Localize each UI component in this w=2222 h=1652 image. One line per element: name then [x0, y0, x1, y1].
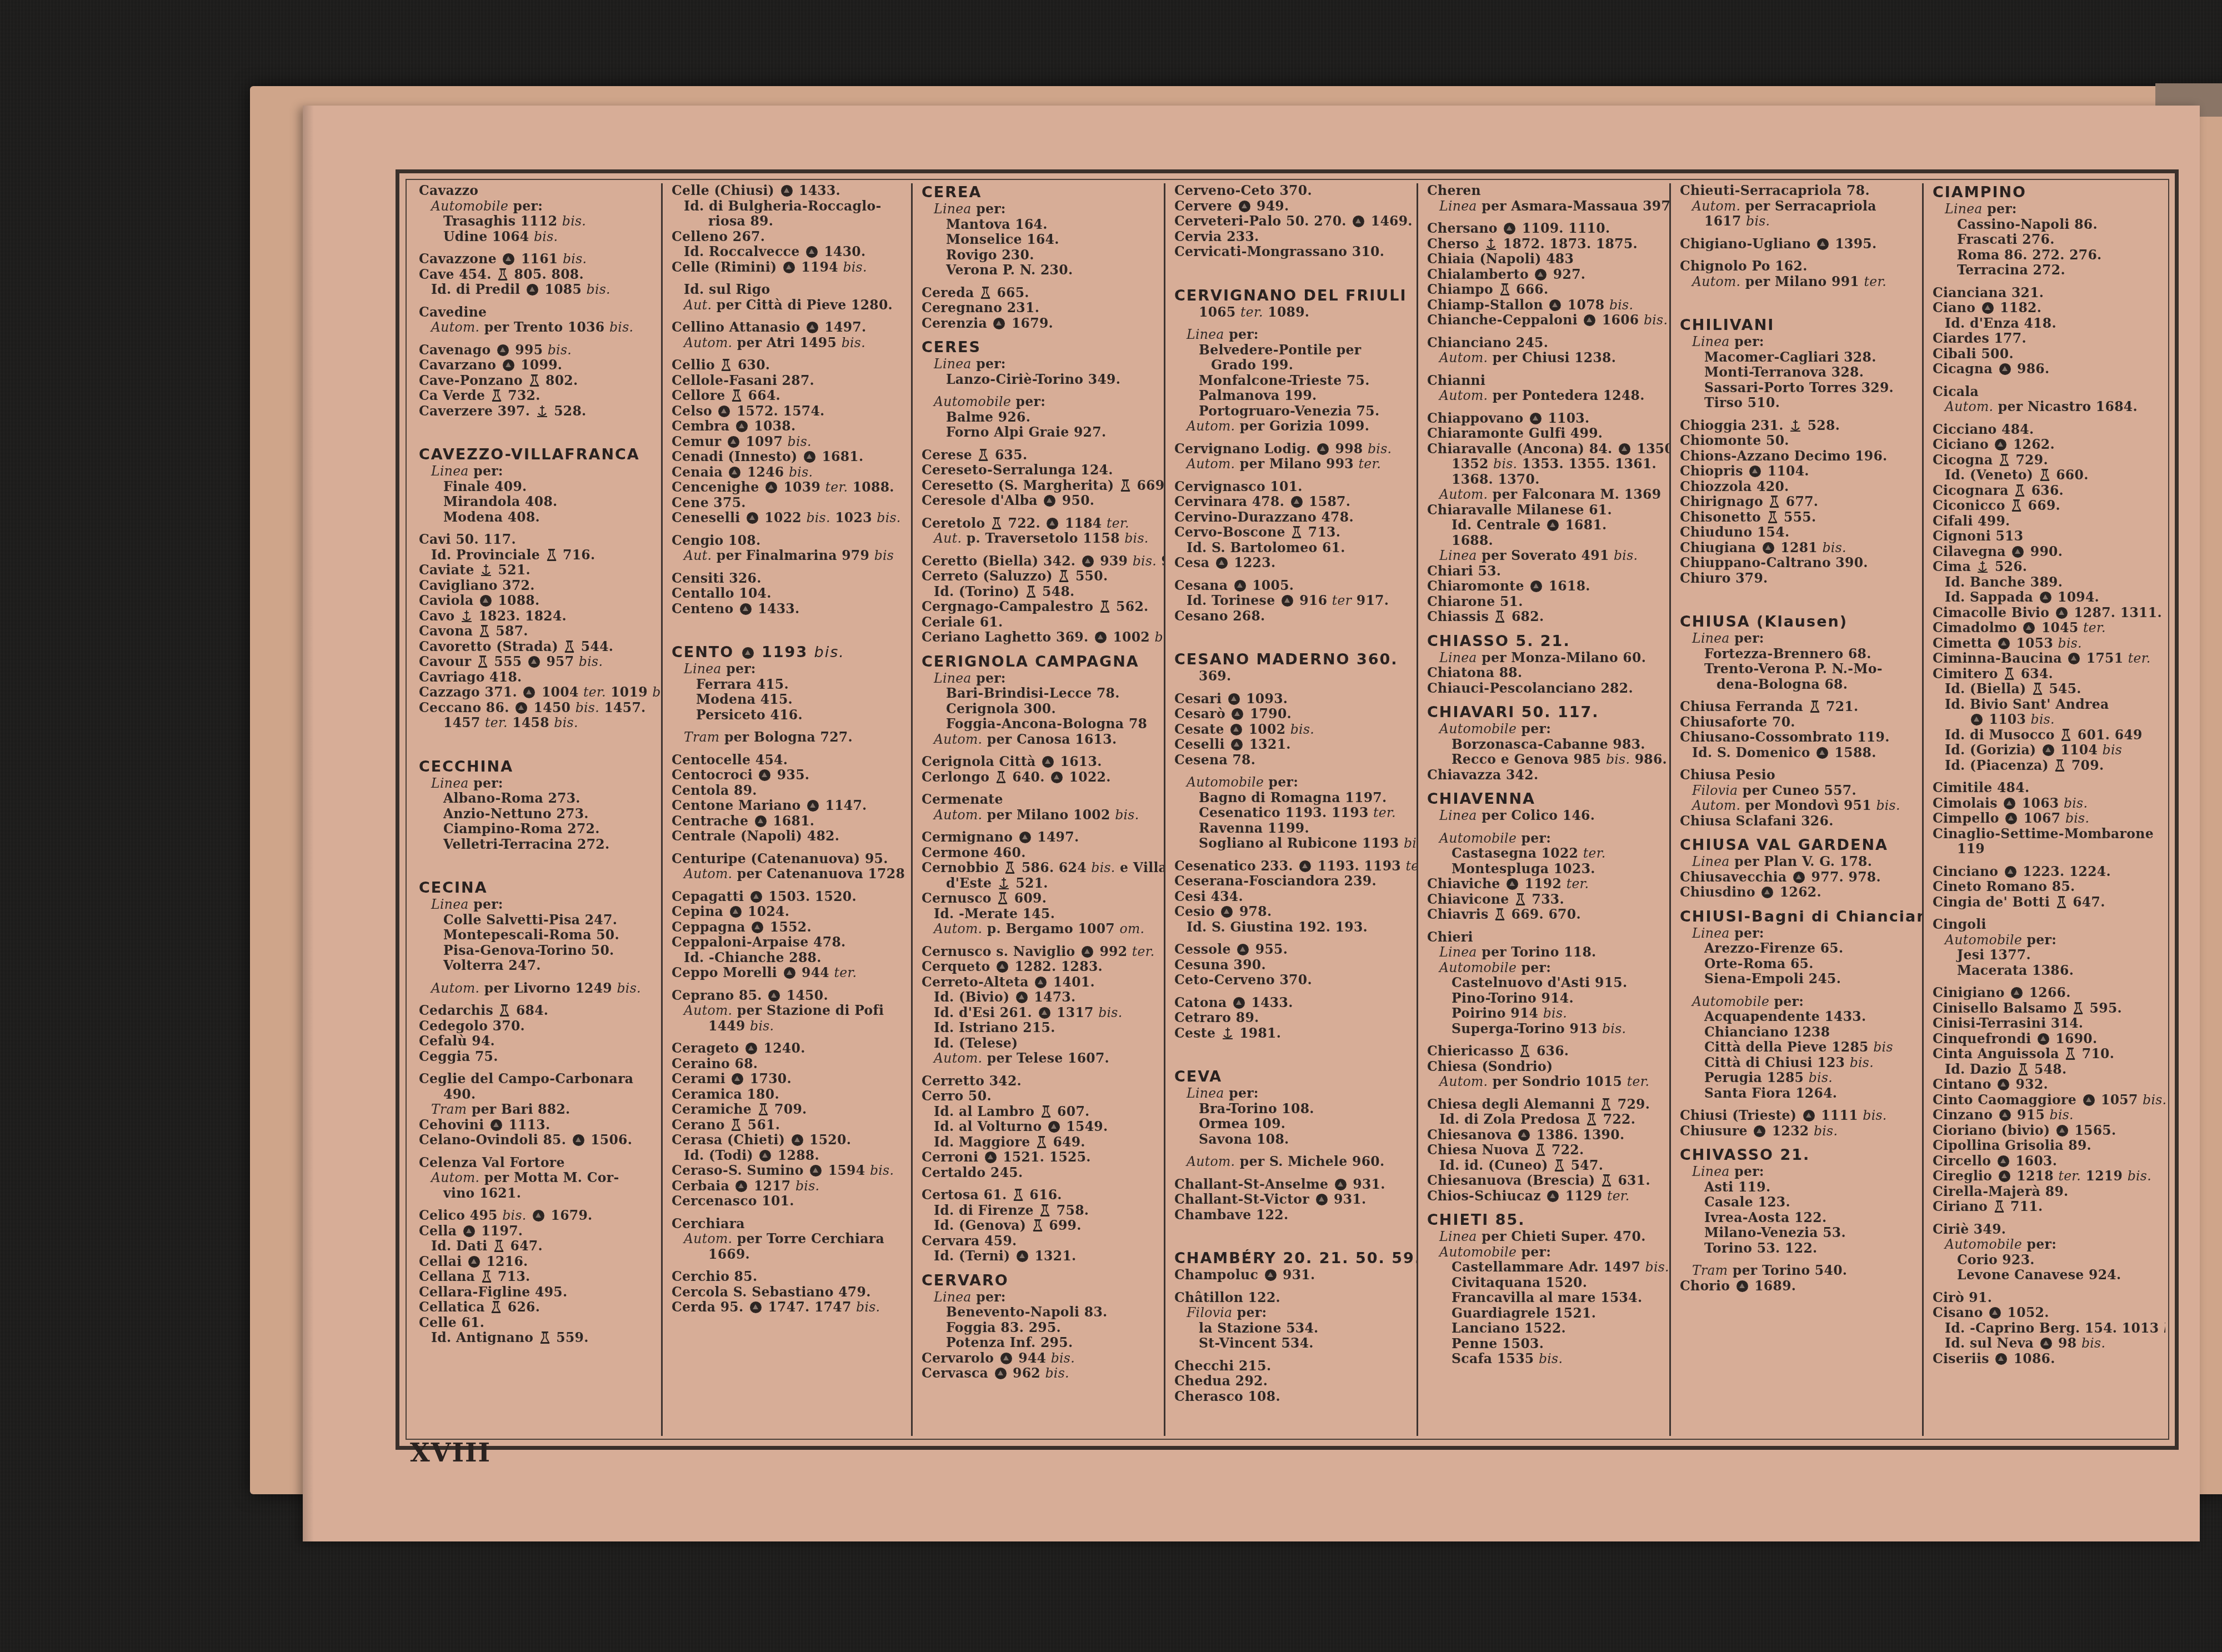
- autobus-icon: [491, 1119, 502, 1131]
- index-entry: Cisano 1052.: [1933, 1305, 2162, 1321]
- index-entry: Ceserana-Fosciandora 239.: [1174, 874, 1413, 889]
- tramway-bell-icon: [1005, 861, 1015, 874]
- autobus-icon: [1353, 216, 1364, 227]
- index-entry: Cengio 108.: [672, 533, 908, 549]
- autobus-icon: [533, 1210, 544, 1222]
- index-entry: Cireglio 1218 ter. 1219 bis.: [1933, 1169, 2162, 1184]
- index-entry: Ciciano 1262.: [1933, 437, 2162, 453]
- index-entry: Chiusi (Trieste) 1111 bis.: [1680, 1108, 1919, 1124]
- index-entry: Ceppaloni-Arpaise 478.: [672, 935, 908, 950]
- index-entry: Guardiagrele 1521.: [1427, 1306, 1666, 1321]
- index-entry: Aut. p. Traversetolo 1158 bis.: [922, 531, 1160, 547]
- index-entry: Cermone 460.: [922, 845, 1160, 861]
- index-entry: Id. Maggiore 649.: [922, 1135, 1160, 1150]
- index-entry: Id. (Todi) 1288.: [672, 1148, 908, 1164]
- index-entry: Linea per Chieti Super. 470.: [1427, 1229, 1666, 1245]
- autobus-icon: [750, 1301, 762, 1313]
- tramway-bell-icon: [492, 389, 502, 402]
- index-entry: Castellammare Adr. 1497 bis.: [1427, 1260, 1666, 1275]
- tramway-bell-icon: [491, 1300, 501, 1314]
- index-entry: Pisa-Genova-Torino 50.: [419, 943, 658, 959]
- autobus-icon: [783, 262, 795, 273]
- index-entry: Celleno 267.: [672, 229, 908, 245]
- index-entry: Palmanova 199.: [1174, 388, 1413, 404]
- index-entry: Aut. per Città di Pieve 1280.: [672, 298, 908, 313]
- port-anchor-icon: [1485, 237, 1497, 251]
- index-entry: Autom. per Atri 1495 bis.: [672, 336, 908, 351]
- index-entry: Chedua 292.: [1174, 1374, 1413, 1389]
- index-entry: Chiesanova 1386. 1390.: [1427, 1128, 1666, 1143]
- index-entry: Cinquefrondi 1690.: [1933, 1032, 2162, 1047]
- tramway-bell-icon: [1013, 1188, 1023, 1202]
- index-entry: Autom. per Pontedera 1248.: [1427, 388, 1666, 404]
- index-entry: Celico 495 bis. 1679.: [419, 1208, 658, 1224]
- tramway-bell-icon: [2011, 499, 2021, 512]
- index-entry: 369.: [1174, 669, 1413, 684]
- index-entry: Cerchio 85.: [672, 1269, 908, 1285]
- index-entry: Cerveteri-Palo 50. 270. 1469.: [1174, 214, 1413, 229]
- autobus-icon: [1504, 223, 1515, 234]
- autobus-icon: [1265, 1269, 1277, 1281]
- index-entry: Cesana 1005.: [1174, 578, 1413, 594]
- index-entry: Linea per:: [1680, 334, 1919, 350]
- index-entry: Chiaromonte 1618.: [1427, 579, 1666, 594]
- index-entry: Ivrea-Aosta 122.: [1680, 1210, 1919, 1226]
- index-entry: Autom. per Telese 1607.: [922, 1051, 1160, 1067]
- index-column-1: CavazzoAutomobile per:Trasaghis 1112 bis…: [410, 183, 663, 1436]
- index-entry: Id. Sappada 1094.: [1933, 590, 2162, 605]
- index-entry: Cima 526.: [1933, 559, 2162, 575]
- index-entry: Cervia 233.: [1174, 229, 1413, 245]
- index-entry: St-Vincent 534.: [1174, 1336, 1413, 1351]
- index-entry: vino 1621.: [419, 1186, 658, 1202]
- index-entry: Ciampino-Roma 272.: [419, 822, 658, 837]
- index-entry: Cinzano 915 bis.: [1933, 1108, 2162, 1123]
- index-entry: Cerreto (Saluzzo) 550.: [922, 569, 1160, 584]
- index-entry: Ciriè 349.: [1933, 1222, 2162, 1238]
- index-entry: Linea per:: [922, 202, 1160, 217]
- section-heading: CERIGNOLA CAMPAGNA: [922, 653, 1160, 671]
- index-entry: Automobile per:: [1680, 994, 1919, 1010]
- autobus-icon: [2056, 1125, 2068, 1137]
- index-entry: Cianciana 321.: [1933, 286, 2162, 301]
- index-entry: Finale 409.: [419, 479, 658, 495]
- index-entry: Autom. per Mondovì 951 bis.: [1680, 798, 1919, 814]
- section-heading: CHILIVANI: [1680, 316, 1919, 334]
- tramway-bell-icon: [978, 448, 988, 462]
- autobus-icon: [732, 1073, 743, 1085]
- section-heading: CERVARO: [922, 1271, 1160, 1290]
- autobus-icon: [759, 769, 770, 781]
- index-entry: Cimetta 1053 bis.: [1933, 636, 2162, 652]
- index-entry: Chiauci-Pescolanciano 282.: [1427, 681, 1666, 697]
- tramway-bell-icon: [2061, 728, 2071, 742]
- index-entry: Ceretolo 722. 1184 ter.: [922, 516, 1160, 532]
- index-entry: Linea per:: [419, 897, 658, 913]
- index-entry: Cimacolle Bivio 1287. 1311.: [1933, 605, 2162, 621]
- autobus-icon: [2068, 653, 2080, 664]
- autobus-icon: [1232, 708, 1243, 720]
- index-entry: Chignolo Po 162.: [1680, 259, 1919, 274]
- autobus-icon: [2056, 607, 2068, 619]
- index-entry: Cesenatico 1193. 1193 ter.: [1174, 805, 1413, 821]
- index-entry: Ceppagna 1552.: [672, 920, 908, 935]
- index-entry: Cibali 500.: [1933, 347, 2162, 362]
- index-entry: Bra-Torino 108.: [1174, 1102, 1413, 1117]
- tramway-bell-icon: [758, 1103, 768, 1116]
- autobus-icon: [1228, 693, 1240, 705]
- autobus-icon: [1230, 724, 1242, 735]
- index-entry: Cavour 555 957 bis.: [419, 654, 658, 670]
- index-entry: Cervino-Durazzano 478.: [1174, 510, 1413, 525]
- index-entry: Cergnago-Campalestro 562.: [922, 599, 1160, 615]
- autobus-icon: [729, 467, 740, 478]
- index-entry: 1669.: [672, 1247, 908, 1263]
- index-entry: Rovigo 230.: [922, 248, 1160, 263]
- autobus-icon: [1547, 519, 1559, 531]
- index-entry: Centola 89.: [672, 783, 908, 799]
- autobus-icon: [1999, 1170, 2010, 1182]
- index-entry: Chiozzola 420.: [1680, 479, 1919, 495]
- tramway-bell-icon: [478, 655, 488, 668]
- index-entry: Id. sul Neva 98 bis.: [1933, 1336, 2162, 1351]
- autobus-icon: [1216, 557, 1228, 569]
- index-entry: Chiesa degli Alemanni 729.: [1427, 1097, 1666, 1113]
- autobus-icon: [2011, 987, 2023, 999]
- autobus-icon: [2005, 813, 2017, 824]
- index-entry: Cicciano 484.: [1933, 422, 2162, 438]
- tramway-bell-icon: [479, 624, 489, 638]
- tramway-bell-icon: [1059, 569, 1069, 583]
- autobus-icon: [742, 647, 754, 659]
- index-entry: Celano-Ovindoli 85. 1506.: [419, 1133, 658, 1148]
- index-entry: Challant-St-Victor 931.: [1174, 1192, 1413, 1208]
- index-entry: Cavazzo: [419, 183, 658, 199]
- index-entry: Ciminna-Baucina 1751 ter.: [1933, 651, 2162, 667]
- autobus-icon: [1316, 1194, 1328, 1205]
- section-heading: CHIETI 85.: [1427, 1211, 1666, 1229]
- index-entry: Id. (Biella) 545.: [1933, 682, 2162, 697]
- index-entry: Cavi 50. 117.: [419, 532, 658, 548]
- index-entry: Id. d'Esi 261. 1317 bis.: [922, 1005, 1160, 1021]
- tramway-bell-icon: [1520, 1044, 1530, 1058]
- index-entry: Chiassis 682.: [1427, 609, 1666, 625]
- index-entry: Cimolais 1063 bis.: [1933, 796, 2162, 812]
- index-entry: Cenadi (Innesto) 1681.: [672, 449, 908, 465]
- index-entry: Cervasca 962 bis.: [922, 1366, 1160, 1381]
- index-entry: Cinta Anguissola 710.: [1933, 1047, 2162, 1062]
- index-entry: Linea per Plan V. G. 178.: [1680, 854, 1919, 870]
- index-entry: Cessole 955.: [1174, 942, 1413, 958]
- port-anchor-icon: [461, 609, 472, 623]
- index-entry: Ceretto (Biella) 342. 939 bis. 941.: [922, 554, 1160, 569]
- index-entry: Ciseriis 1086.: [1933, 1351, 2162, 1367]
- index-entry: Ciconicco 669.: [1933, 498, 2162, 514]
- index-entry: Autom. per Torre Cerchiara: [672, 1232, 908, 1247]
- tramway-bell-icon: [996, 770, 1006, 784]
- tramway-bell-icon: [1495, 610, 1505, 623]
- tramway-bell-icon: [1810, 700, 1820, 713]
- index-entry: Chions-Azzano Decimo 196.: [1680, 449, 1919, 464]
- index-entry: Cerqueto 1282. 1283.: [922, 959, 1160, 975]
- index-entry: Cermignano 1497.: [922, 830, 1160, 845]
- tramway-bell-icon: [731, 1118, 741, 1132]
- index-entry: Siena-Empoli 245.: [1680, 972, 1919, 987]
- index-entry: Volterra 247.: [419, 958, 658, 974]
- autobus-icon: [750, 891, 762, 903]
- autobus-icon: [993, 318, 1005, 329]
- autobus-icon: [1816, 747, 1828, 759]
- index-entry: Cimitero 634.: [1933, 667, 2162, 682]
- autobus-icon: [1584, 314, 1595, 326]
- index-entry: Grado 199.: [1174, 358, 1413, 373]
- index-entry: Chiari 53.: [1427, 564, 1666, 579]
- autobus-icon: [1999, 363, 2011, 375]
- index-entry: Id. (Gorizia) 1104 bis: [1933, 743, 2162, 758]
- index-entry: Torino 53. 122.: [1680, 1241, 1919, 1256]
- index-entry: Chiusa Ferranda 721.: [1680, 699, 1919, 715]
- index-entry: Cesari 1093.: [1174, 692, 1413, 707]
- index-entry: Automobile per:: [1933, 933, 2162, 948]
- index-entry: Cefalù 94.: [419, 1034, 658, 1049]
- autobus-icon: [1530, 413, 1542, 424]
- index-entry: Cermenate: [922, 792, 1160, 808]
- index-entry: Ormea 109.: [1174, 1117, 1413, 1132]
- index-entry: Chiugiana 1281 bis.: [1680, 540, 1919, 556]
- index-entry: Filovia per:: [1174, 1305, 1413, 1321]
- index-entry: Ciano 1182.: [1933, 301, 2162, 316]
- index-entry: Chorio 1689.: [1680, 1279, 1919, 1294]
- index-entry: Autom. per Milano 991 ter.: [1680, 274, 1919, 290]
- index-column-2: Celle (Chiusi) 1433.Id. di Bulgheria-Roc…: [663, 183, 913, 1436]
- index-entry: Centrache 1681.: [672, 814, 908, 829]
- index-entry: Id. -Merate 145.: [922, 907, 1160, 922]
- autobus-icon: [1048, 1121, 1060, 1133]
- index-entry: Cesa 1223.: [1174, 555, 1413, 571]
- index-entry: Chirignago 677.: [1680, 494, 1919, 510]
- index-entry: Linea per:: [1680, 631, 1919, 647]
- autobus-icon: [1518, 1129, 1530, 1141]
- index-entry: Sassari-Porto Torres 329.: [1680, 381, 1919, 396]
- index-entry: 1352 bis. 1353. 1355. 1361.: [1427, 457, 1666, 472]
- index-entry: Linea per:: [1174, 327, 1413, 343]
- index-entry: Tram per Torino 540.: [1680, 1263, 1919, 1279]
- index-entry: Chieuti-Serracapriola 78.: [1680, 183, 1919, 199]
- index-entry: Scafa 1535 bis.: [1427, 1351, 1666, 1367]
- index-entry: Ceccano 86. 1450 bis. 1457.: [419, 700, 658, 716]
- autobus-icon: [523, 687, 535, 698]
- autobus-icon: [468, 1256, 480, 1268]
- index-entry: Monti-Terranova 328.: [1680, 365, 1919, 381]
- index-entry: Châtillon 122.: [1174, 1290, 1413, 1306]
- index-entry: Chianche-Ceppaloni 1606 bis.: [1427, 313, 1666, 328]
- tramway-bell-icon: [732, 389, 742, 402]
- index-entry: Acquapendente 1433.: [1680, 1009, 1919, 1025]
- autobus-icon: [503, 253, 514, 265]
- autobus-icon: [781, 185, 793, 197]
- index-entry: Chiamp-Stallon 1078 bis.: [1427, 298, 1666, 313]
- port-anchor-icon: [1977, 560, 1988, 573]
- tramway-bell-icon: [1495, 908, 1505, 921]
- port-anchor-icon: [1222, 1027, 1233, 1040]
- index-entry: Caverzere 397. 528.: [419, 404, 658, 419]
- index-entry: Ceramiche 709.: [672, 1102, 908, 1118]
- index-entry: Cercenasco 101.: [672, 1194, 908, 1209]
- index-entry: Automobile per:: [1427, 960, 1666, 976]
- index-entry: Città di Chiusi 123 bis.: [1680, 1055, 1919, 1071]
- index-entry: Id. (Veneto) 660.: [1933, 468, 2162, 483]
- index-entry: Cedegolo 370.: [419, 1019, 658, 1034]
- tramway-bell-icon: [998, 892, 1008, 905]
- tramway-bell-icon: [2056, 895, 2066, 909]
- tramway-bell-icon: [721, 358, 731, 372]
- index-entry: Cicogna 729.: [1933, 453, 2162, 468]
- index-entry: Monfalcone-Trieste 75.: [1174, 373, 1413, 389]
- section-heading: CERES: [922, 338, 1160, 357]
- index-entry: Autom. per S. Michele 960.: [1174, 1154, 1413, 1170]
- autobus-icon: [736, 420, 748, 432]
- index-entry: Cinto Caomaggiore 1057 bis.: [1933, 1093, 2162, 1108]
- autobus-icon: [1016, 992, 1028, 1003]
- index-entry: Cellai 1216.: [419, 1254, 658, 1270]
- index-entry: 1617 bis.: [1680, 214, 1919, 229]
- autobus-icon: [1233, 997, 1245, 1009]
- page-fold-shadow: [303, 106, 314, 1541]
- index-entry: Id. (Terni) 1321.: [922, 1249, 1160, 1264]
- tramway-bell-icon: [1587, 1113, 1597, 1126]
- index-entry: Autom. per Catenanuova 1728: [672, 867, 908, 882]
- index-entry: Chiusa Pesio: [1680, 768, 1919, 783]
- index-entry: Autom. per Falconara M. 1369: [1427, 487, 1666, 503]
- autobus-icon: [527, 284, 538, 296]
- tramway-bell-icon: [2004, 667, 2014, 680]
- autobus-icon: [1042, 756, 1054, 768]
- index-entry: Cesano 268.: [1174, 609, 1413, 624]
- index-entry: Id. al Lambro 607.: [922, 1104, 1160, 1120]
- autobus-icon: [804, 451, 815, 463]
- index-entry: Autom. p. Bergamo 1007 om.: [922, 922, 1160, 937]
- index-entry: Ceraso-S. Sumino 1594 bis.: [672, 1163, 908, 1179]
- index-entry: Autom. per Stazione di Pofi: [672, 1003, 908, 1019]
- autobus-icon: [1793, 872, 1805, 883]
- index-entry: Id. Centrale 1681.: [1427, 518, 1666, 533]
- index-entry: Id. di Firenze 758.: [922, 1203, 1160, 1219]
- index-entry: Cave-Ponzano 802.: [419, 373, 658, 389]
- index-entry: Certaldo 245.: [922, 1165, 1160, 1181]
- autobus-icon: [1335, 1179, 1347, 1190]
- index-entry: Cineto Romano 85.: [1933, 879, 2162, 895]
- index-entry: Automobile per:: [922, 394, 1160, 410]
- autobus-icon: [985, 1152, 997, 1163]
- autobus-icon: [1000, 1353, 1012, 1364]
- index-entry: Ceglie del Campo-Carbonara: [419, 1072, 658, 1087]
- autobus-icon: [1530, 580, 1542, 592]
- index-entry: Cembra 1038.: [672, 419, 908, 434]
- autobus-icon: [1095, 632, 1107, 643]
- index-entry: Cherasco 108.: [1174, 1389, 1413, 1405]
- index-entry: Ciardes 177.: [1933, 331, 2162, 347]
- index-entry: Cicognara 636.: [1933, 483, 2162, 499]
- index-entry: 1688.: [1427, 533, 1666, 549]
- index-entry: Champoluc 931.: [1174, 1268, 1413, 1283]
- index-entry: Chersano 1109. 1110.: [1427, 221, 1666, 237]
- index-entry: Castasegna 1022 ter.: [1427, 846, 1666, 862]
- index-entry: Linea per Asmara-Massaua 397.: [1427, 199, 1666, 214]
- index-entry: 490.: [419, 1087, 658, 1103]
- index-entry: Cifali 499.: [1933, 514, 2162, 529]
- index-entry: Cipollina Grisolia 89.: [1933, 1138, 2162, 1154]
- index-entry: Cernusco s. Naviglio 992 ter.: [922, 944, 1160, 960]
- tramway-bell-icon: [494, 1239, 504, 1253]
- index-entry: Cernobbio 586. 624 bis. e Villa: [922, 860, 1160, 876]
- index-entry: Cervarolo 944 bis.: [922, 1351, 1160, 1366]
- index-entry: Casale 123.: [1680, 1195, 1919, 1210]
- index-entry: Cerreto-Alteta 1401.: [922, 975, 1160, 990]
- index-entry: Caviate 521.: [419, 563, 658, 578]
- index-entry: Cesarò 1790.: [1174, 707, 1413, 722]
- index-entry: Cellatica 626.: [419, 1300, 658, 1315]
- index-entry: Cella 1197.: [419, 1224, 658, 1239]
- section-heading: CHIUSI-Bagni di Chianciano: [1680, 908, 1919, 926]
- autobus-icon: [1239, 201, 1250, 212]
- index-entry: Linea per:: [1680, 926, 1919, 942]
- index-entry: Id. (Genova) 699.: [922, 1218, 1160, 1234]
- index-entry: Ceregnano 231.: [922, 301, 1160, 316]
- autobus-icon: [784, 967, 795, 979]
- index-entry: Centallo 104.: [672, 586, 908, 602]
- index-entry: Pino-Torino 914.: [1427, 991, 1666, 1007]
- autobus-icon: [2012, 546, 2024, 558]
- index-entry: Cedarchis 684.: [419, 1003, 658, 1019]
- index-entry: Autom. per Canosa 1613.: [922, 732, 1160, 748]
- index-entry: Chiaviche 1192 ter.: [1427, 877, 1666, 892]
- autobus-icon: [2005, 866, 2016, 878]
- autobus-icon: [1761, 887, 1773, 898]
- section-heading: CEREA: [922, 183, 1160, 202]
- autobus-icon: [810, 1165, 822, 1177]
- index-entry: Macomer-Cagliari 328.: [1680, 350, 1919, 366]
- index-entry: Cervere 949.: [1174, 199, 1413, 214]
- index-entry: Cintano 932.: [1933, 1077, 2162, 1093]
- section-heading: CENTO 1193 bis.: [672, 643, 908, 662]
- index-entry: Cesate 1002 bis.: [1174, 722, 1413, 738]
- index-entry: Macerata 1386.: [1933, 963, 2162, 979]
- tramway-bell-icon: [2040, 468, 2050, 482]
- index-entry: Linea per Monza-Milano 60.: [1427, 650, 1666, 666]
- autobus-icon: [2043, 744, 2054, 756]
- index-entry: Cellara-Figline 495.: [419, 1285, 658, 1300]
- tramway-bell-icon: [1769, 495, 1779, 508]
- index-entry: Centeno 1433.: [672, 602, 908, 617]
- index-entry: Id. Istriano 215.: [922, 1020, 1160, 1036]
- index-entry: Superga-Torino 913 bis.: [1427, 1022, 1666, 1037]
- index-entry: Id. di Zola Predosa 722.: [1427, 1112, 1666, 1128]
- index-entry: Ceste 1981.: [1174, 1026, 1413, 1042]
- index-entry: Id. S. Bartolomeo 61.: [1174, 540, 1413, 556]
- index-entry: Cicagna 986.: [1933, 362, 2162, 377]
- section-heading: CAVEZZO-VILLAFRANCA: [419, 445, 658, 464]
- autobus-icon: [1736, 1280, 1748, 1292]
- index-entry: Chianciano 245.: [1427, 336, 1666, 351]
- index-entry: Potenza Inf. 295.: [922, 1335, 1160, 1351]
- index-entry: Modena 408.: [419, 510, 658, 525]
- section-heading: CHIUSA (Klausen): [1680, 613, 1919, 631]
- index-entry: Verona P. N. 230.: [922, 263, 1160, 278]
- index-entry: Ceriale 61.: [922, 615, 1160, 630]
- port-anchor-icon: [998, 877, 1009, 890]
- autobus-icon: [735, 1180, 747, 1192]
- index-entry: Cesena 78.: [1174, 753, 1413, 768]
